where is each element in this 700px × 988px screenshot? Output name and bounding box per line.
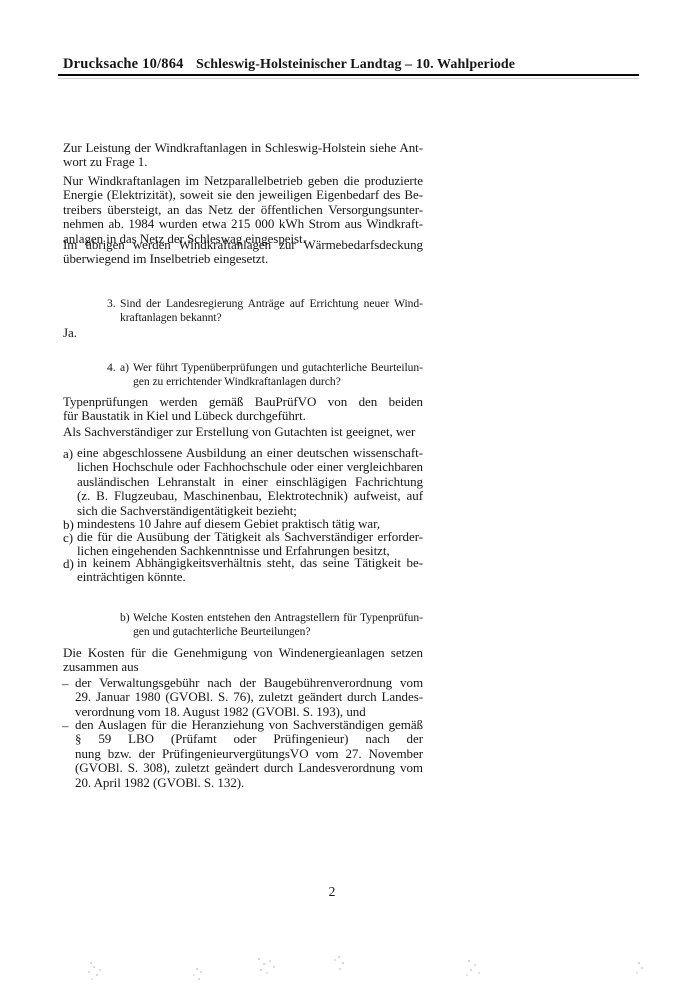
text-line: Die Kosten für die Genehmigung von Winde… [63, 646, 423, 660]
text-line: treibers übersteigt, an das Netz der öff… [63, 203, 423, 217]
scan-noise [258, 958, 260, 960]
text-line: Zur Leistung der Windkraftanlagen in Sch… [63, 141, 423, 155]
text-column: Ja. [63, 326, 423, 340]
text-line: die für die Ausübung der Tätigkeit als S… [77, 530, 423, 544]
text-column: Typenprüfungen werden gemäß BauPrüfVO vo… [63, 395, 423, 424]
text-line: zusammen aus [63, 660, 423, 674]
document-page: Drucksache 10/864 Schleswig-Holsteinisch… [0, 0, 700, 988]
text-line: ausländischen Lehranstalt in einer einsc… [77, 475, 423, 489]
text-column: Sind der Landesregierung Anträge auf Err… [120, 297, 423, 324]
list-marker: 4. [107, 361, 116, 374]
text-line: lichen Hochschule oder Fachhochschule od… [77, 460, 423, 474]
text-column: den Auslagen für die Heranziehung von Sa… [75, 718, 423, 790]
text-column: der Verwaltungsgebühr nach der Baugebühr… [75, 676, 423, 719]
text-line: den Auslagen für die Heranziehung von Sa… [75, 718, 423, 732]
text-column: Die Kosten für die Genehmigung von Winde… [63, 646, 423, 675]
scan-noise [468, 960, 470, 962]
text-line: verordnung vom 18. August 1982 (GVOBl. S… [75, 705, 423, 719]
text-line: (GVOBl. S. 308), zuletzt geändert durch … [75, 761, 423, 775]
text-line: Energie (Elektrizität), soweit sie den j… [63, 188, 423, 202]
text-line: sich die Sachverständigentätigkeit bezie… [77, 504, 423, 518]
text-line: für Baustatik in Kiel und Lübeck durchge… [63, 409, 423, 423]
text-line: Im übrigen werden Windkraftanlagen zur W… [63, 238, 423, 252]
scan-noise [196, 968, 198, 970]
text-line: kraftanlagen bekannt? [120, 311, 423, 325]
list-marker: 3. [107, 297, 116, 310]
text-line: gen zu errichtender Windkraftanlagen dur… [133, 375, 423, 389]
text-line: § 59 LBO (Prüfamt oder Prüfingenieur) na… [75, 732, 423, 746]
header-title: Schleswig-Holsteinischer Landtag – 10. W… [196, 57, 515, 73]
text-line: einträchtigen könnte. [77, 570, 423, 584]
text-line: Ja. [63, 326, 423, 340]
header-rule [58, 74, 639, 76]
text-line: gen und gutachterliche Beurteilungen? [133, 625, 423, 639]
list-marker: c) [63, 530, 73, 546]
scan-noise [338, 956, 340, 958]
text-column: in keinem Abhängigkeitsverhältnis steht,… [77, 556, 423, 585]
text-line: überwiegend im Inselbetrieb eingesetzt. [63, 252, 423, 266]
text-line: der Verwaltungsgebühr nach der Baugebühr… [75, 676, 423, 690]
text-column: Im übrigen werden Windkraftanlagen zur W… [63, 238, 423, 267]
page-number: 2 [318, 884, 346, 900]
text-column: Als Sachverständiger zur Erstellung von … [63, 425, 423, 439]
text-column: eine abgeschlossene Ausbildung an einer … [77, 446, 423, 518]
text-line: Welche Kosten entstehen den Antragstelle… [133, 611, 423, 625]
scan-noise [638, 962, 640, 964]
text-line: Wer führt Typenüberprüfungen und gutacht… [133, 361, 423, 375]
doc-number: Drucksache 10/864 [63, 56, 184, 73]
text-line: Als Sachverständiger zur Erstellung von … [63, 425, 423, 439]
text-line: nung bzw. der PrüfingenieurvergütungsVO … [75, 747, 423, 761]
header-rule-shadow [58, 78, 639, 79]
text-line: 20. April 1982 (GVOBl. S. 132). [75, 776, 423, 790]
text-line: Sind der Landesregierung Anträge auf Err… [120, 297, 423, 311]
list-marker: b) [120, 611, 130, 624]
text-line: eine abgeschlossene Ausbildung an einer … [77, 446, 423, 460]
list-marker: d) [63, 556, 74, 572]
list-marker: – [62, 718, 69, 734]
list-marker: a) [120, 361, 129, 374]
text-line: nehmen ab. 1984 wurden etwa 215 000 kWh … [63, 217, 423, 231]
list-marker: a) [63, 446, 73, 462]
scan-noise [90, 962, 92, 964]
text-column: Nur Windkraftanlagen im Netzparallelbetr… [63, 174, 423, 246]
text-line: wort zu Frage 1. [63, 155, 423, 169]
text-line: Nur Windkraftanlagen im Netzparallelbetr… [63, 174, 423, 188]
text-line: Typenprüfungen werden gemäß BauPrüfVO vo… [63, 395, 423, 409]
text-column: Zur Leistung der Windkraftanlagen in Sch… [63, 141, 423, 170]
list-marker: – [62, 676, 69, 692]
text-line: 29. Januar 1980 (GVOBl. S. 76), zuletzt … [75, 690, 423, 704]
text-line: in keinem Abhängigkeitsverhältnis steht,… [77, 556, 423, 570]
text-column: Welche Kosten entstehen den Antragstelle… [133, 611, 423, 638]
text-line: (z. B. Flugzeubau, Maschinenbau, Elektro… [77, 489, 423, 503]
text-column: Wer führt Typenüberprüfungen und gutacht… [133, 361, 423, 388]
text-column: die für die Ausübung der Tätigkeit als S… [77, 530, 423, 559]
